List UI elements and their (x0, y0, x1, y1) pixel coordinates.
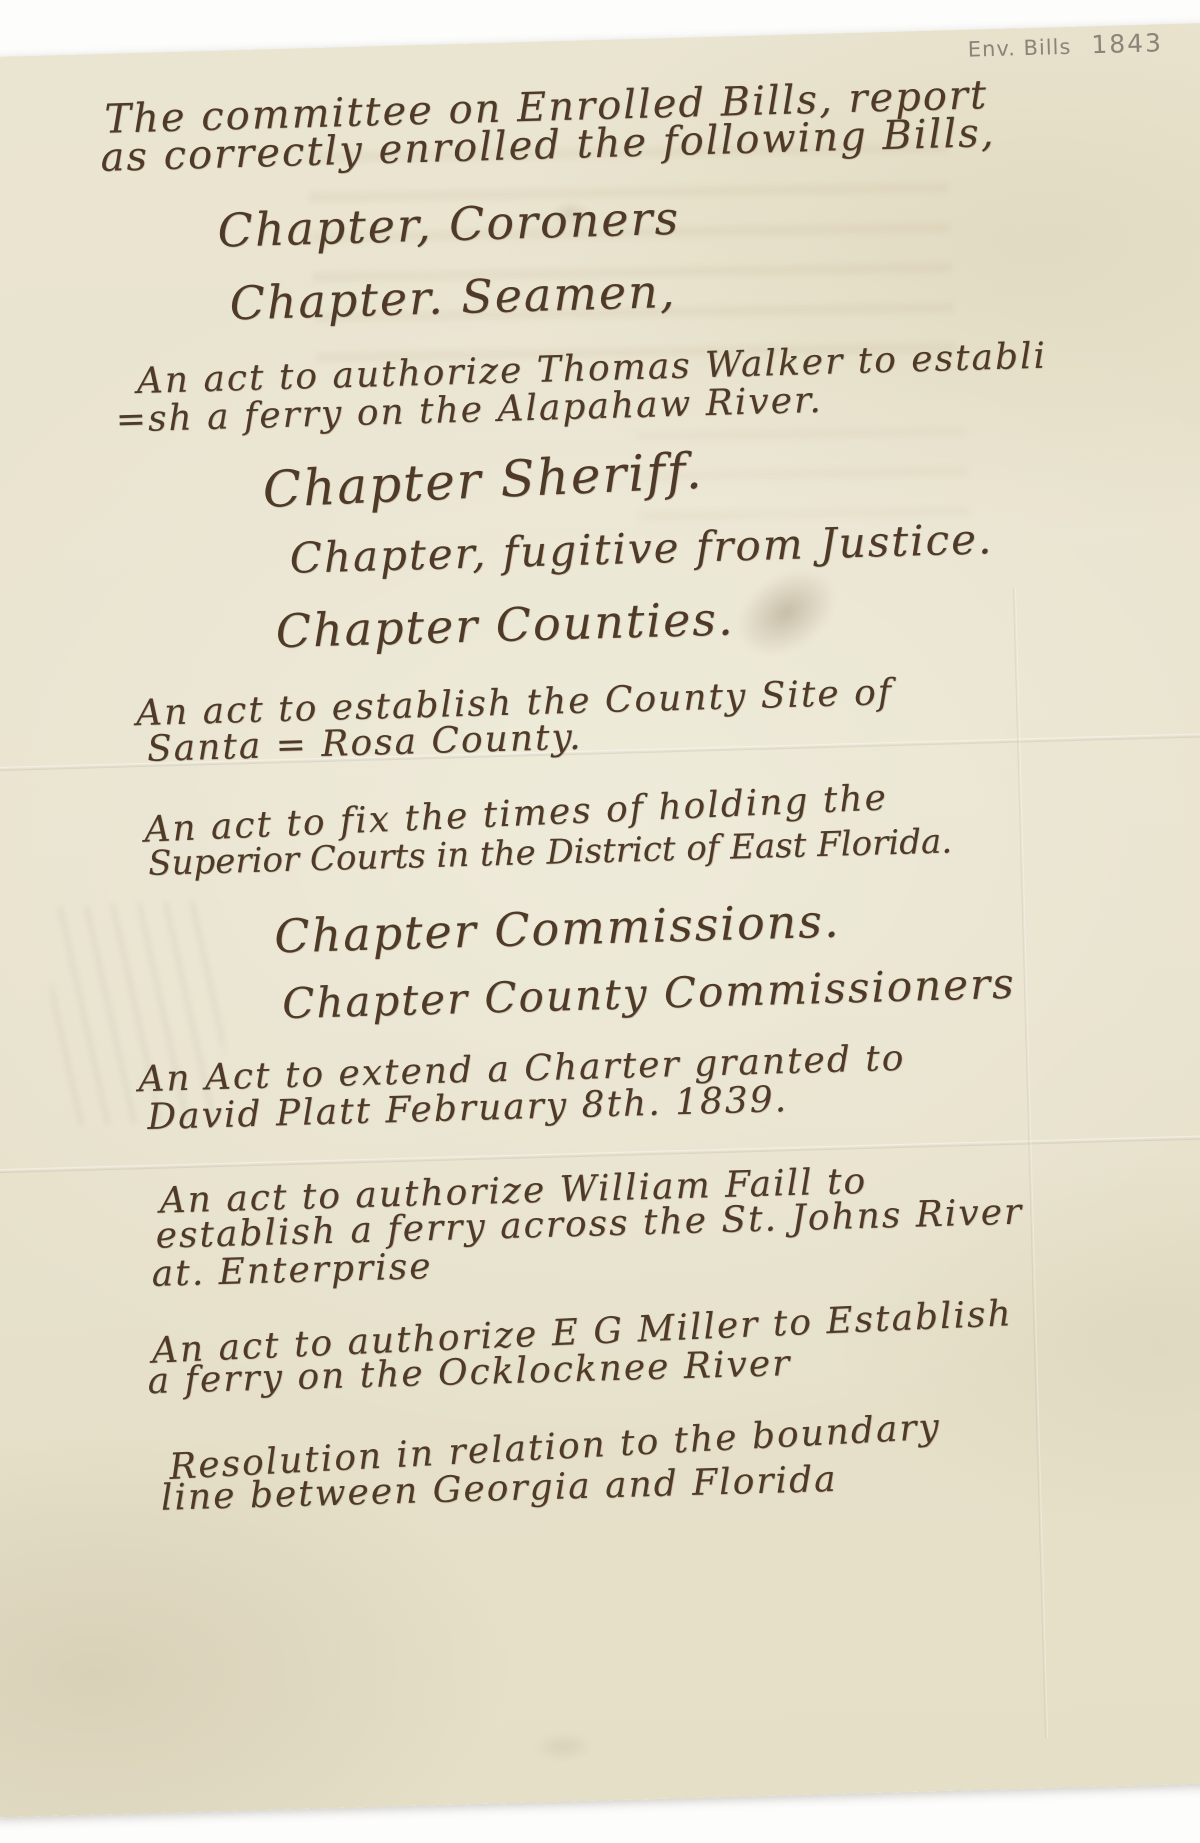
bill-entry-line: at. Enterprise (151, 1246, 433, 1295)
manuscript-page: Env. Bills 1843 The committee on Enrolle… (0, 22, 1200, 1817)
chapter-heading: Chapter Counties. (275, 591, 735, 658)
archival-annotation: Env. Bills 1843 (967, 28, 1163, 62)
chapter-heading: Chapter County Commissioners (282, 959, 1017, 1028)
annotation-year: 1843 (1091, 28, 1163, 59)
stain-spot (533, 1731, 594, 1763)
chapter-heading: Chapter Commissions. (274, 894, 842, 964)
chapter-heading: Chapter, fugitive from Justice. (289, 514, 994, 583)
annotation-label: Env. Bills (968, 35, 1072, 62)
vertical-fold-crease (1013, 589, 1048, 1739)
